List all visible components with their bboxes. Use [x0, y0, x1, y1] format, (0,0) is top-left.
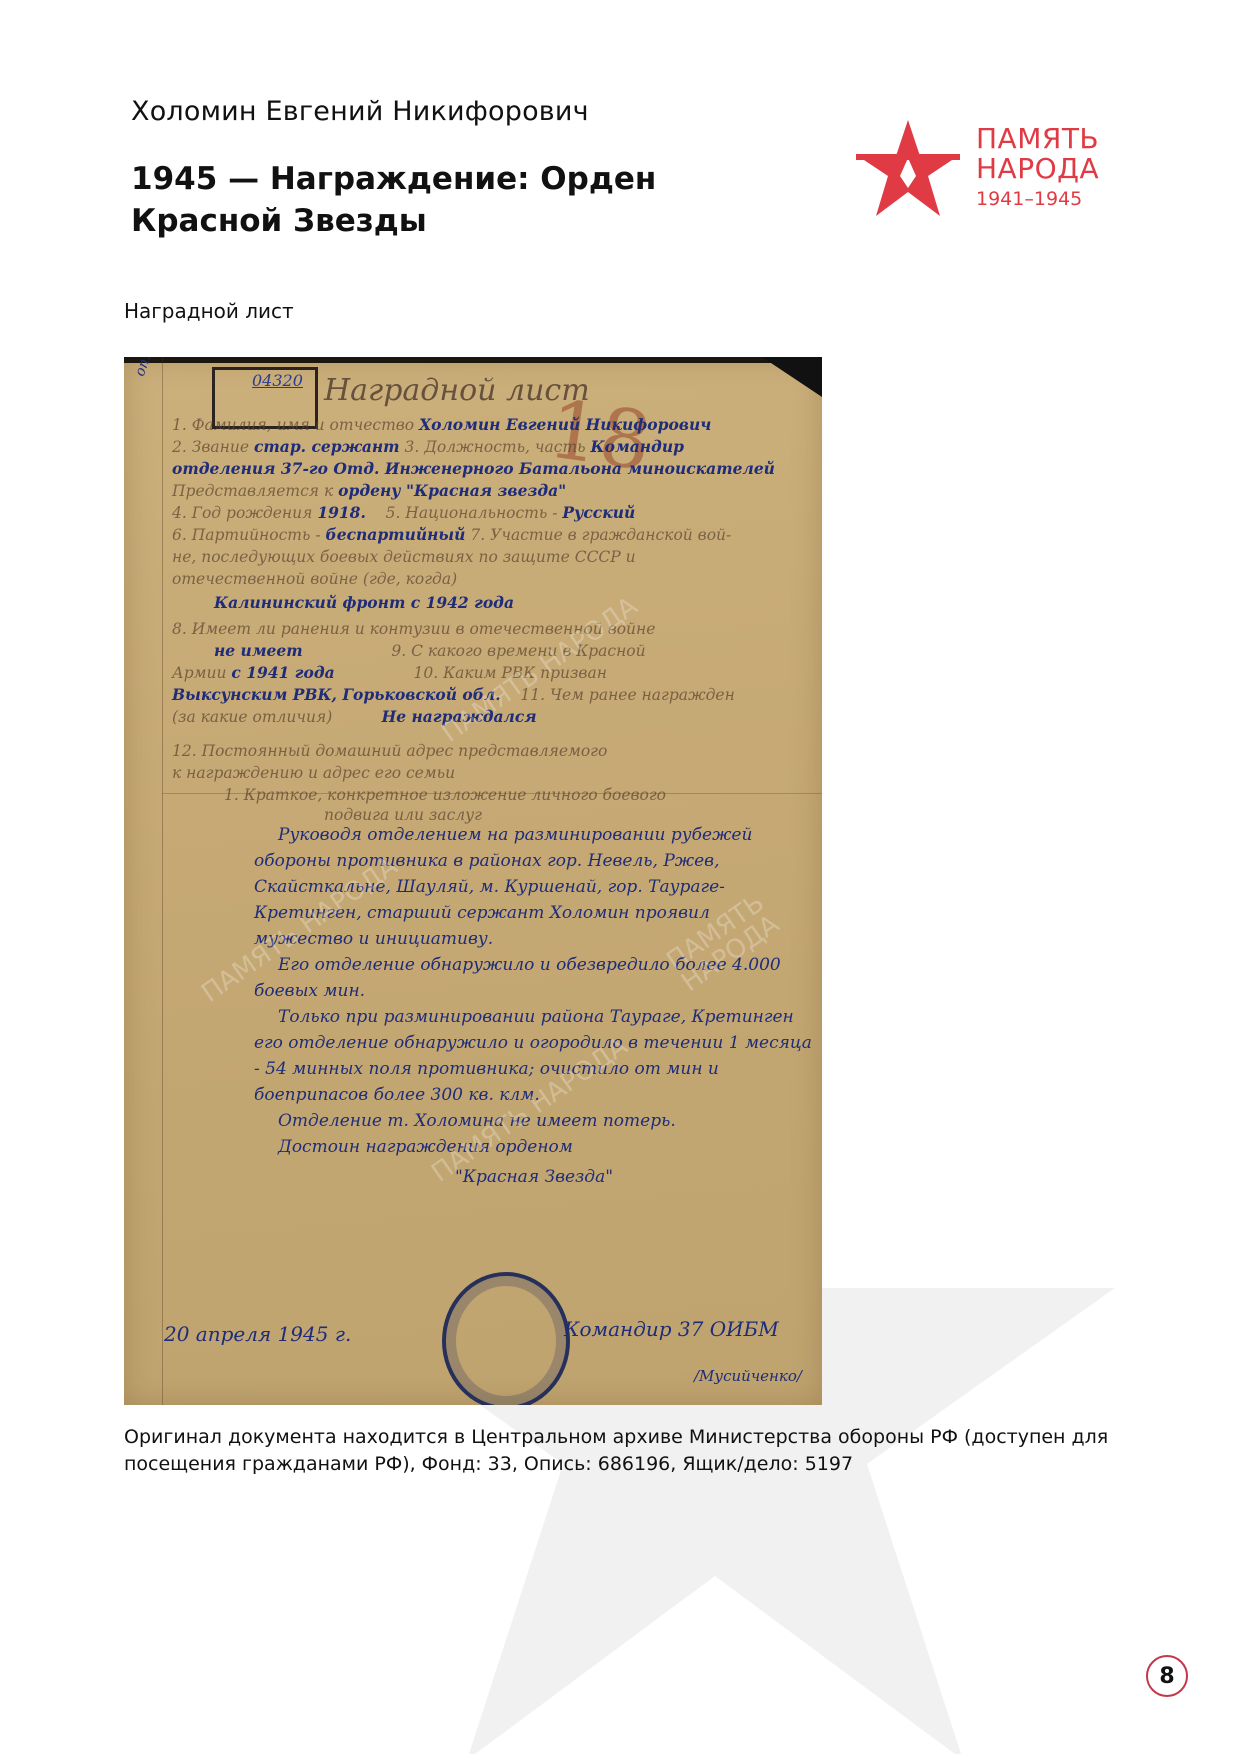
scan-line: Армии с 1941 года 10. Каким РВК призван: [172, 663, 812, 683]
scan-line: 4. Год рождения 1918. 5. Национальность …: [172, 503, 812, 523]
scan-line: не, последующих боевых действиях по защи…: [172, 547, 812, 567]
red-star-icon: [856, 118, 960, 218]
scan-line: 1. Краткое, конкретное изложение личного…: [224, 785, 822, 805]
page-number: 8: [1146, 1655, 1188, 1697]
archive-caption: Оригинал документа находится в Центральн…: [124, 1424, 1124, 1478]
scan-line: 12. Постоянный домашний адрес представля…: [172, 741, 812, 761]
scan-signer: Командир 37 ОИБМ: [564, 1317, 779, 1341]
scan-line: отделения 37-го Отд. Инженерного Батальо…: [172, 459, 812, 479]
section-label: Наградной лист: [124, 299, 294, 323]
scan-line: отечественной войне (где, когда): [172, 569, 812, 589]
scan-line: 1. Фамилия, имя и отчество Холомин Евген…: [172, 415, 812, 435]
logo-line-2: НАРОДА: [976, 154, 1099, 184]
scan-line: 6. Партийность - беспартийный 7. Участие…: [172, 525, 812, 545]
scan-torn-corner: [762, 357, 822, 397]
scan-seal: [442, 1272, 570, 1405]
person-name: Холомин Евгений Никифорович: [131, 96, 589, 127]
scan-line: Представляется к ордену "Красная звезда": [172, 481, 812, 501]
pamyat-naroda-logo: ПАМЯТЬ НАРОДА 1941–1945: [856, 118, 1116, 218]
scan-title: Наградной лист: [324, 373, 590, 408]
citation-paragraph: Достоин награждения орденом: [254, 1134, 814, 1160]
scan-date: 20 апреля 1945 г.: [164, 1322, 351, 1346]
scan-line: к награждению и адрес его семьи: [172, 763, 812, 783]
scan-line: Калининский фронт с 1942 года: [214, 593, 822, 613]
scan-line: 8. Имеет ли ранения и контузии в отечест…: [172, 619, 812, 639]
scan-citation-text: Руководя отделением на разминировании ру…: [254, 822, 814, 1190]
citation-award: "Красная Звезда": [254, 1164, 814, 1190]
logo-text: ПАМЯТЬ НАРОДА 1941–1945: [976, 124, 1099, 212]
scan-stamp-number: 04320: [252, 371, 303, 390]
award-sheet-scan: оп. 0437 3.5.45 04320 Наградной лист 18 …: [124, 357, 822, 1405]
logo-years: 1941–1945: [976, 186, 1099, 212]
logo-line-1: ПАМЯТЬ: [976, 124, 1099, 154]
scan-signature: /Мусийченко/: [694, 1367, 802, 1385]
scan-line: не имеет 9. С какого времени в Красной: [214, 641, 822, 661]
scan-top-edge: [124, 357, 822, 363]
scan-margin-line: [162, 357, 163, 1405]
page-title: 1945 — Награждение: Орден Красной Звезды: [131, 158, 751, 242]
scan-line: 2. Звание стар. сержант 3. Должность, ча…: [172, 437, 812, 457]
